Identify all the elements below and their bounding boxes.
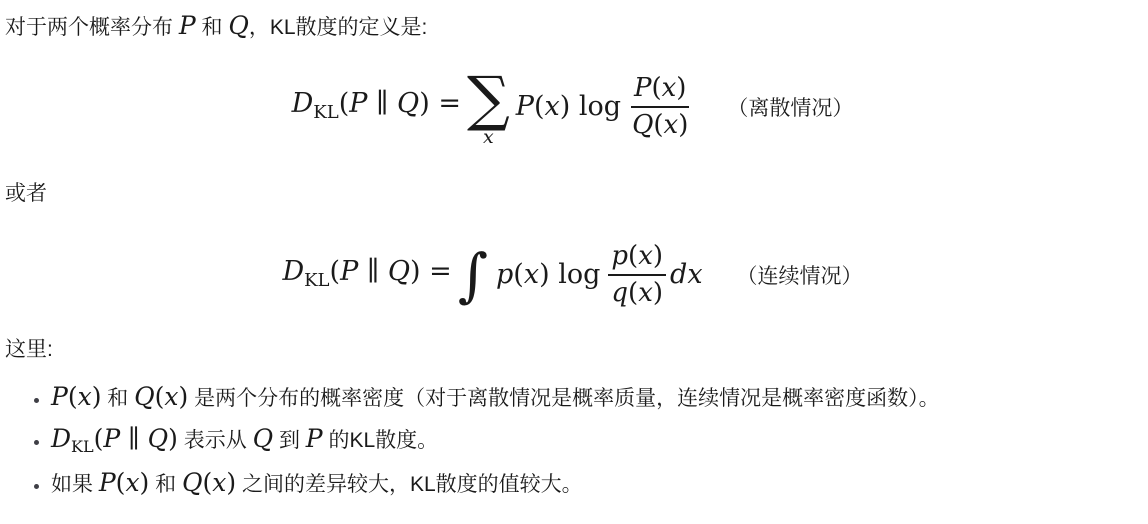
formula-lhs: DKL(P ∥ Q) = [282,258,451,291]
math-symbol: ( [651,73,661,103]
math-identifier: x [664,110,679,140]
text-run: ，KL散度的定义是: [249,16,428,39]
summation-operator: ∑ x [467,74,510,147]
math-identifier: Q [253,424,274,453]
fraction-discrete: P(x) Q(x) [629,75,691,139]
here-text: 这里: [5,335,1140,364]
math-symbol: ∥ [367,88,397,119]
math-symbol: ) [226,468,236,497]
math-identifier: x [638,241,653,271]
bullet-direction: DKL(P ∥ Q) 表示从 Q 到 P 的KL散度。 [51,426,1140,458]
math-symbol: ( [202,468,212,497]
summation-limit: x [483,128,494,147]
fraction-denominator: q(x) [608,276,666,307]
math-identifier: P [516,91,534,122]
math-identifier: x [662,73,677,103]
math-identifier: Q [632,110,653,140]
math-symbol: ( [94,424,104,453]
document-body: { "page": { "background": "#ffffff", "te… [0,0,1148,524]
formula-discrete: DKL(P ∥ Q) = ∑ x P(x) log P(x) Q(x) （离散情… [5,70,1140,143]
math-subscript: KL [304,270,329,291]
math-subscript: KL [313,102,338,123]
text-run: 和 [149,473,182,496]
formula-continuous: DKL(P ∥ Q) = ∫ p(x) log p(x) q(x) dx （连续… [5,243,1140,307]
math-identifier: x [125,468,139,497]
math-identifier: x [524,259,539,290]
integral-symbol: ∫ [458,246,488,304]
math-identifier: Q [228,11,249,40]
math-symbol: ) [678,110,688,140]
math-identifier: q [611,278,628,308]
math-symbol: log [550,259,601,290]
sigma-symbol: ∑ [467,74,510,125]
math-symbol: ( [155,382,165,411]
or-text: 或者 [5,179,1140,208]
math-symbol: ( [68,382,78,411]
math-symbol: ) [653,241,663,271]
math-symbol: = [430,88,461,119]
text-run: 和 [196,16,229,39]
math-symbol: ∥ [120,424,147,453]
math-identifier: P [179,11,196,40]
math-symbol: ) [92,382,102,411]
formula-body: P(x) log [516,93,621,121]
math-identifier: x [212,468,226,497]
math-symbol: ( [653,110,663,140]
fraction-numerator: P(x) [631,75,689,108]
text-run: 到 [273,429,306,452]
math-symbol: ( [339,88,350,119]
math-identifier: x [638,278,653,308]
math-symbol: ( [534,91,545,122]
math-identifier: x [545,91,560,122]
math-symbol: = [421,256,452,287]
math-symbol: ) [419,88,430,119]
bullet-list: P(x) 和 Q(x) 是两个分布的概率密度（对于离散情况是概率质量，连续情况是… [5,384,1140,499]
math-symbol: ) [168,424,178,453]
formula-case-label-continuous: （连续情况） [737,260,863,290]
math-symbol: ) [653,278,663,308]
math-identifier: p [611,241,628,271]
bullet-densities: P(x) 和 Q(x) 是两个分布的概率密度（对于离散情况是概率质量，连续情况是… [51,384,1140,413]
math-identifier: P [99,468,116,497]
text-run: 之间的差异较大，KL散度的值较大。 [236,473,583,496]
math-symbol: ) [539,259,550,290]
math-identifier: D [282,256,304,287]
math-subscript: KL [71,437,94,456]
math-identifier: Q [397,88,419,119]
differential-dx: dx [670,261,703,289]
math-symbol: ∥ [358,256,388,287]
math-identifier: D [292,88,314,119]
math-identifier: P [306,424,323,453]
math-symbol: ( [628,241,638,271]
text-run: 和 [101,387,134,410]
math-symbol: ( [116,468,126,497]
math-identifier: P [103,424,120,453]
math-symbol: ) [676,73,686,103]
math-identifier: dx [670,259,703,290]
math-identifier: x [164,382,178,411]
fraction-denominator: Q(x) [629,108,691,139]
text-run: 对于两个概率分布 [5,16,179,39]
math-symbol: ) [560,91,571,122]
math-symbol: ( [330,256,341,287]
math-identifier: Q [134,382,155,411]
math-symbol: ) [410,256,421,287]
math-identifier: Q [148,424,169,453]
fraction-numerator: p(x) [608,243,666,276]
math-symbol: ( [628,278,638,308]
math-symbol: ) [140,468,150,497]
formula-body: p(x) log [496,261,600,289]
bullet-magnitude: 如果 P(x) 和 Q(x) 之间的差异较大，KL散度的值较大。 [51,470,1140,499]
text-run: 如果 [51,473,99,496]
math-identifier: P [634,73,652,103]
intro-paragraph: 对于两个概率分布 P 和 Q，KL散度的定义是: [5,13,1140,42]
math-identifier: Q [182,468,203,497]
kl-divergence-document: 对于两个概率分布 P 和 Q，KL散度的定义是: DKL(P ∥ Q) = ∑ … [5,13,1140,500]
fraction-continuous: p(x) q(x) [608,243,666,307]
text-run: 的KL散度。 [323,429,439,452]
math-identifier: x [78,382,92,411]
text-run: 表示从 [178,429,253,452]
math-symbol: ) [179,382,189,411]
math-identifier: D [51,424,71,453]
math-identifier: P [340,256,358,287]
formula-lhs: DKL(P ∥ Q) = [292,90,461,123]
math-identifier: p [496,259,513,290]
math-identifier: P [349,88,367,119]
math-symbol: log [570,91,621,122]
formula-case-label-discrete: （离散情况） [727,92,853,122]
text-run: 是两个分布的概率密度（对于离散情况是概率质量，连续情况是概率密度函数）。 [188,387,939,410]
math-identifier: P [51,382,68,411]
math-symbol: ( [513,259,524,290]
math-identifier: Q [388,256,410,287]
